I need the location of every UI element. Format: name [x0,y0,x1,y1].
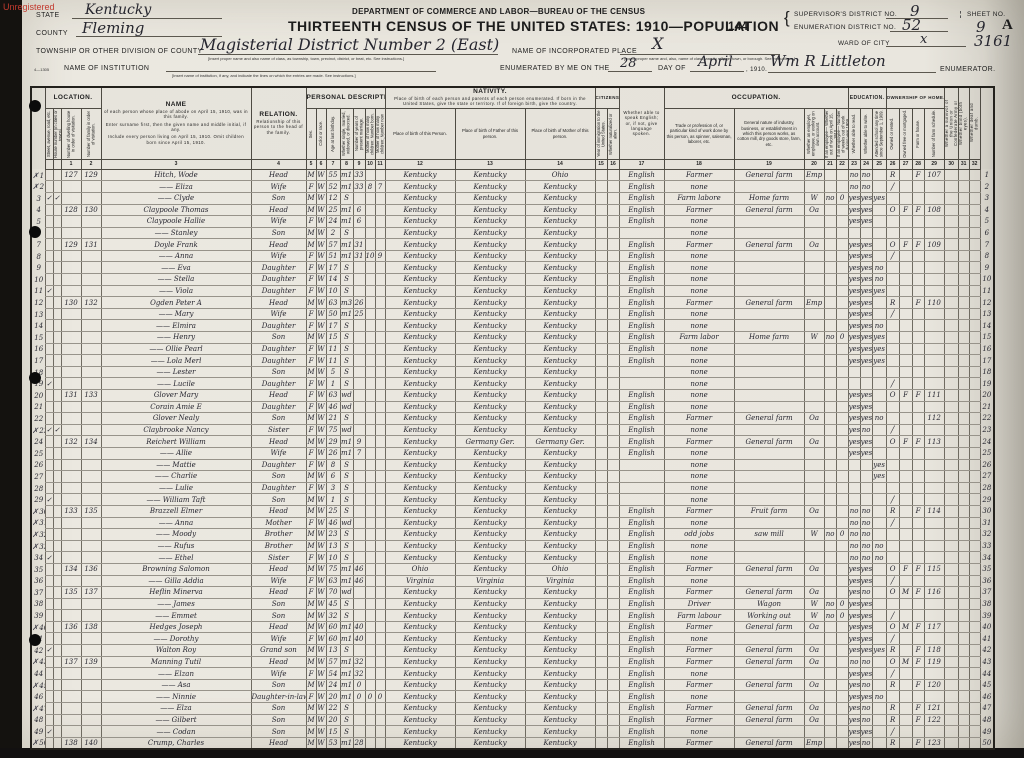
cell-farm-or-house [912,598,924,610]
table-row: ✗33 —— Rufus Brother M W 13 S Kentucky K… [31,540,994,552]
cell-color-race: W [316,598,326,610]
cell-family-number [81,424,101,436]
cell-family-number [81,227,101,239]
cell-industry: General farm [734,239,804,251]
line-number-right: 38 [980,598,994,610]
cell-out-of-work [824,262,836,274]
punch-hole [29,372,41,384]
cell-free-mortgaged [899,552,912,564]
cell-owned-rented: R [886,679,899,691]
cell-marital-status: S [340,378,353,390]
cell-out-of-work [824,250,836,262]
cell-age: 53 [326,737,340,749]
street-desc: Street, avenue, road, etc. [47,111,52,157]
table-row: 26 —— Mattie Daughter F W 8 S Kentucky K… [31,459,994,471]
cell-immigration-year [595,575,607,587]
signature-line [768,72,936,73]
cell-family-number [81,679,101,691]
cell-industry: General farm [734,703,804,715]
cell-mother-birthplace: Kentucky [525,320,595,332]
cell-name: —— Ollie Pearl [101,343,251,355]
cell-blind [958,645,969,657]
cell-war-survivor [944,668,958,680]
cell-farm-or-house: F [912,563,924,575]
cell-occupation: Farmer [664,204,734,216]
cell-years-married [353,366,365,378]
cell-relation: Head [251,737,306,749]
cell-can-read: no [848,540,860,552]
cell-color-race: W [316,181,326,193]
cell-farm-schedule-number: 108 [924,204,944,216]
table-row: 46 —— Ninnie Daughter-in-law F W 20 m1 0… [31,691,994,703]
cell-sex: M [306,505,316,517]
line-number-right: 25 [980,447,994,459]
cell-blind [958,598,969,610]
cell-deaf-dumb [969,250,980,262]
cell-relation: Son [251,679,306,691]
cell-family-number [81,274,101,286]
cell-age: 24 [326,679,340,691]
cell-blind [958,297,969,309]
column-number: 30 [944,159,958,169]
cell-mother-birthplace: Kentucky [525,737,595,749]
cell-deaf-dumb [969,633,980,645]
column-number: 29 [924,159,944,169]
cell-free-mortgaged [899,216,912,228]
cell-free-mortgaged [899,679,912,691]
cell-years-married [353,645,365,657]
cell-years-married [353,482,365,494]
line-number-right: 19 [980,378,994,390]
cell-blind [958,192,969,204]
cell-age: 26 [326,447,340,459]
cell-attended-school [872,529,886,541]
cell-free-mortgaged [899,447,912,459]
cell-birthplace: Kentucky [385,297,455,309]
cell-occupation: Farmer [664,169,734,181]
cell-can-read [848,471,860,483]
cell-birthplace: Kentucky [385,332,455,344]
cell-children-born [365,645,375,657]
cell-birthplace: Kentucky [385,737,455,749]
cell-house-number [53,297,61,309]
cell-children-living [375,703,385,715]
cell-immigration-year [595,633,607,645]
cell-marital-status: S [340,262,353,274]
cell-sex: F [306,447,316,459]
cell-farm-or-house [912,610,924,622]
line-number-right: 11 [980,285,994,297]
cell-deaf-dumb [969,216,980,228]
cell-naturalized [607,598,619,610]
cell-color-race: W [316,424,326,436]
cell-farm-schedule-number [924,517,944,529]
table-row: 8 —— Anna Wife F W 51 m1 31 10 9 Kentuck… [31,250,994,262]
cell-can-read: yes [848,424,860,436]
table-row: 13 —— Mary Wife F W 50 m1 25 Kentucky Ke… [31,308,994,320]
line-number: 11 [34,287,43,295]
cell-birthplace: Ohio [385,563,455,575]
cell-attended-school: yes [872,459,886,471]
cell-age: 32 [326,610,340,622]
cell-street [45,297,53,309]
cell-years-married: 7 [353,447,365,459]
col-years-married: Number of years of present marriage. [353,108,365,159]
cell-father-birthplace: Kentucky [455,529,525,541]
line-number-left: 3 [31,192,45,204]
cell-naturalized [607,482,619,494]
cell-sex: M [306,297,316,309]
marital-desc: Whether single, married, widowed, or div… [342,110,351,158]
cell-war-survivor [944,297,958,309]
cell-mother-birthplace: Kentucky [525,227,595,239]
cell-free-mortgaged [899,285,912,297]
cell-children-born [365,332,375,344]
group-citizenship: CITIZENSHIP. [595,87,619,108]
cell-relation: Son [251,413,306,425]
cell-name: —— Asa [101,679,251,691]
line-number-left: 24 [31,436,45,448]
cell-language: English [619,239,664,251]
cell-can-read: yes [848,343,860,355]
cell-farm-schedule-number: 110 [924,297,944,309]
cell-relation: Wife [251,250,306,262]
cell-years-married [353,703,365,715]
name-desc-3: Include every person living on April 15,… [102,133,251,146]
cell-language: English [619,401,664,413]
cell-sex: F [306,552,316,564]
cell-immigration-year [595,447,607,459]
line-number: 23 [39,427,45,435]
cell-can-write [860,482,872,494]
cell-children-living [375,262,385,274]
cell-weeks-out [836,517,848,529]
cell-blind [958,343,969,355]
cell-out-of-work: no [824,192,836,204]
cell-out-of-work [824,227,836,239]
cell-out-of-work [824,703,836,715]
cell-out-of-work [824,482,836,494]
cell-dwelling-number [61,703,81,715]
cell-family-number [81,262,101,274]
cell-color-race: W [316,656,326,668]
line-number-left: 36 [31,575,45,587]
cell-father-birthplace: Germany Ger. [455,436,525,448]
review-x-mark: ✗ [32,542,38,551]
cell-mother-birthplace: Kentucky [525,239,595,251]
cell-dwelling-number [61,494,81,506]
cell-name: —— Ethel [101,552,251,564]
cell-father-birthplace: Kentucky [455,308,525,320]
cell-free-mortgaged: M [899,621,912,633]
table-row: 21 Corain Amie E Daughter F W 46 wd Kent… [31,401,994,413]
cell-can-write [860,366,872,378]
cell-farm-or-house: F [912,297,924,309]
cell-farm-or-house: F [912,737,924,749]
cell-children-living [375,216,385,228]
cell-relation: Head [251,297,306,309]
cell-can-write: yes [860,401,872,413]
cell-immigration-year [595,552,607,564]
cell-mother-birthplace: Kentucky [525,598,595,610]
survivor-desc: Whether a survivor of the Union or Confe… [945,99,959,147]
cell-war-survivor [944,482,958,494]
cell-street [45,239,53,251]
cell-attended-school [872,633,886,645]
cell-employment-class [804,250,824,262]
cell-sex: F [306,308,316,320]
line-number-left: ✗2 [31,181,45,193]
cell-free-mortgaged: F [899,390,912,402]
cell-dwelling-number [61,250,81,262]
cell-war-survivor [944,285,958,297]
cell-can-write: yes [860,355,872,367]
col-industry: General nature of industry, business, or… [734,108,804,159]
cell-children-born [365,413,375,425]
cell-father-birthplace: Kentucky [455,494,525,506]
cell-house-number [53,471,61,483]
cell-farm-schedule-number: 113 [924,436,944,448]
cell-war-survivor [944,436,958,448]
cell-farm-schedule-number: 112 [924,413,944,425]
census-table: LOCATION. NAME of each person whose plac… [30,86,995,750]
line-number: 43 [39,658,45,666]
cell-industry [734,401,804,413]
cell-relation: Daughter [251,355,306,367]
cell-immigration-year [595,703,607,715]
cell-weeks-out [836,204,848,216]
cell-out-of-work [824,366,836,378]
cell-blind [958,471,969,483]
cell-occupation: none [664,262,734,274]
cell-out-of-work [824,691,836,703]
cell-occupation: none [664,308,734,320]
cell-house-number [53,355,61,367]
cell-dwelling-number: 135 [61,587,81,599]
cell-house-number: ✓ [53,424,61,436]
cell-sex: F [306,250,316,262]
cell-dwelling-number: 130 [61,297,81,309]
cell-father-birthplace: Kentucky [455,227,525,239]
column-number: 2 [81,159,101,169]
cell-industry [734,355,804,367]
cell-occupation: none [664,378,734,390]
cell-years-married [353,424,365,436]
cell-dwelling-number [61,633,81,645]
cell-house-number [53,308,61,320]
cell-deaf-dumb [969,471,980,483]
cell-mother-birthplace: Kentucky [525,621,595,633]
cell-sex: M [306,714,316,726]
table-row: 28 —— Lulie Daughter F W 3 S Kentucky Ke… [31,482,994,494]
cell-house-number: ✓ [53,192,61,204]
cell-attended-school [872,494,886,506]
cell-industry [734,459,804,471]
cell-owned-rented [886,413,899,425]
cell-mother-birthplace: Kentucky [525,691,595,703]
cell-family-number [81,633,101,645]
cell-employment-class [804,262,824,274]
cell-weeks-out [836,436,848,448]
cell-children-born [365,714,375,726]
children-born-desc: Mother of how many children: Number born… [366,110,375,158]
table-row: 25 —— Allie Wife F W 26 m1 7 Kentucky Ke… [31,447,994,459]
cell-attended-school [872,297,886,309]
ward-value: x [920,32,927,47]
cell-birthplace: Kentucky [385,494,455,506]
table-row: 39 —— Emmet Son M W 32 S Kentucky Kentuc… [31,610,994,622]
cell-dwelling-number [61,598,81,610]
cell-farm-schedule-number [924,343,944,355]
cell-birthplace: Kentucky [385,517,455,529]
cell-father-birthplace: Kentucky [455,645,525,657]
cell-employment-class [804,552,824,564]
cell-naturalized [607,459,619,471]
line-number-left: 13 [31,308,45,320]
cell-can-read: yes [848,563,860,575]
cell-name: —— Lola Merl [101,355,251,367]
cell-owned-rented: ╱ [886,378,899,390]
cell-house-number [53,227,61,239]
cell-war-survivor [944,320,958,332]
cell-children-born [365,737,375,749]
line-number-left: 42 [31,645,45,657]
column-number: 13 [455,159,525,169]
cell-naturalized [607,297,619,309]
cell-owned-rented: ╱ [886,308,899,320]
col-pob-mother: Place of birth of Mother of this person. [525,108,595,159]
line-number-left: 48 [31,714,45,726]
cell-family-number [81,308,101,320]
cell-children-born [365,192,375,204]
cell-weeks-out [836,737,848,749]
enumerator-signature: Wm R Littleton [770,52,886,70]
group-occupation: OCCUPATION. [664,87,848,108]
line-number-right: 50 [980,737,994,749]
cell-family-number [81,703,101,715]
line-number-left: ✗30 [31,505,45,517]
cell-street [45,436,53,448]
cell-naturalized [607,471,619,483]
cell-farm-or-house [912,691,924,703]
cell-mother-birthplace: Kentucky [525,645,595,657]
cell-name: —— Mattie [101,459,251,471]
cell-can-read: no [848,552,860,564]
cell-can-write [860,471,872,483]
cell-name: —— Allie [101,447,251,459]
line-number: 10 [34,276,43,284]
cell-birthplace: Kentucky [385,633,455,645]
line-number-right: 39 [980,610,994,622]
line-number-right: 5 [980,216,994,228]
cell-sex: M [306,169,316,181]
cell-free-mortgaged [899,482,912,494]
cell-industry [734,540,804,552]
col-marital: Whether single, married, widowed, or div… [340,108,353,159]
cell-owned-rented [886,471,899,483]
cell-employment-class [804,320,824,332]
cell-naturalized [607,250,619,262]
cell-industry [734,552,804,564]
cell-can-read: no [848,181,860,193]
cell-father-birthplace: Virginia [455,575,525,587]
cell-family-number [81,332,101,344]
cell-relation: Sister [251,424,306,436]
cell-weeks-out [836,297,848,309]
cell-war-survivor [944,575,958,587]
cell-name: —— Mary [101,308,251,320]
cell-age: 63 [326,575,340,587]
cell-children-born [365,587,375,599]
cell-dwelling-number: 128 [61,204,81,216]
cell-birthplace: Kentucky [385,401,455,413]
cell-language [619,227,664,239]
cell-relation: Head [251,563,306,575]
emp-class-desc: Whether an employer, employee, or workin… [807,110,821,158]
cell-street [45,679,53,691]
cell-street [45,250,53,262]
cell-employment-class [804,308,824,320]
line-number-right: 10 [980,274,994,286]
cell-street [45,459,53,471]
cell-relation: Daughter-in-law [251,691,306,703]
cell-employment-class [804,471,824,483]
cell-children-living [375,656,385,668]
line-number: 40 [39,624,45,632]
line-number-right: 47 [980,703,994,715]
cell-marital-status: S [340,274,353,286]
cell-immigration-year [595,436,607,448]
cell-marital-status: S [340,471,353,483]
cell-industry [734,471,804,483]
cell-naturalized [607,366,619,378]
table-row: ✗50 138 140 Crump, Charles Head M W 53 m… [31,737,994,749]
line-number-right: 17 [980,355,994,367]
cell-weeks-out [836,262,848,274]
cell-occupation: Farmer [664,621,734,633]
cell-can-read: yes [848,308,860,320]
cell-children-born [365,656,375,668]
cell-farm-or-house: F [912,587,924,599]
cell-employment-class: Emp [804,297,824,309]
cell-age: 60 [326,633,340,645]
cell-language: English [619,250,664,262]
cell-language [619,366,664,378]
cell-out-of-work [824,413,836,425]
cell-house-number [53,737,61,749]
cell-occupation: none [664,494,734,506]
cell-industry [734,274,804,286]
cell-father-birthplace: Kentucky [455,262,525,274]
cell-house-number [53,274,61,286]
cell-language: English [619,517,664,529]
cell-age: 17 [326,262,340,274]
cell-attended-school [872,390,886,402]
cell-color-race: W [316,587,326,599]
cell-industry: General farm [734,563,804,575]
cell-employment-class: Oa [804,703,824,715]
cell-sex: M [306,529,316,541]
cell-marital-status: wd [340,401,353,413]
cell-war-survivor [944,471,958,483]
cell-farm-schedule-number [924,181,944,193]
line-number: 9 [37,264,41,272]
cell-family-number: 131 [81,239,101,251]
cell-children-born [365,239,375,251]
cell-can-write: yes [860,691,872,703]
cell-out-of-work [824,494,836,506]
cell-attended-school: yes [872,343,886,355]
